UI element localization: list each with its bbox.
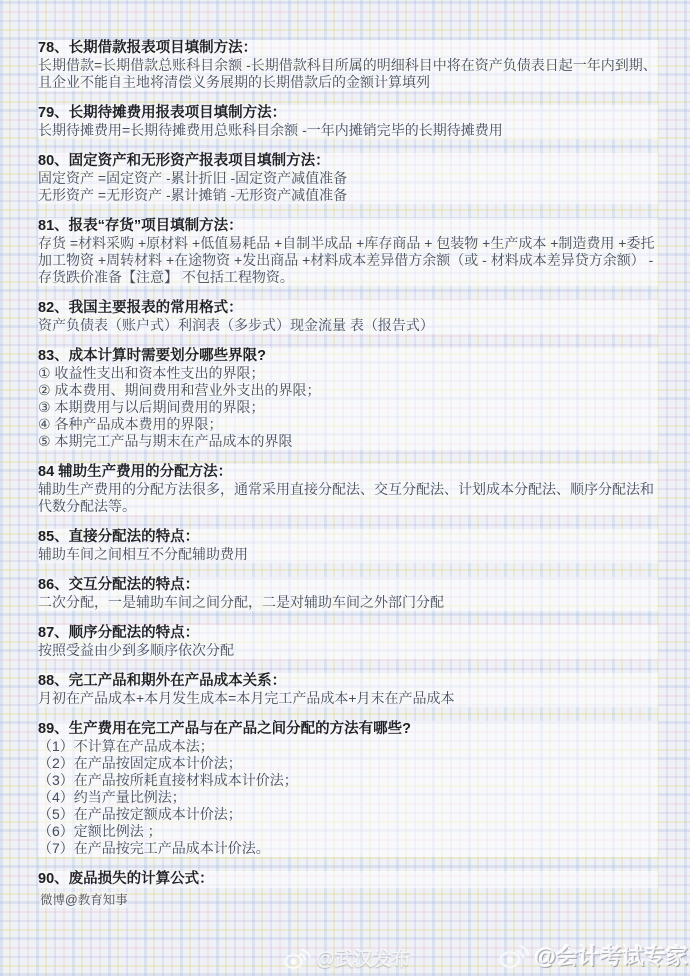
note-line: 固定资产 =固定资产 -累计折旧 -固定资产减值准备 — [38, 170, 658, 187]
watermark-left-label: @武汉发布 — [316, 944, 411, 971]
note-line: （6）定额比例法 ； — [38, 823, 658, 840]
note-section: 83、成本计算时需要划分哪些界限?① 收益性支出和资本性支出的界限；② 成本费用… — [38, 348, 658, 450]
note-line: 存货 =材料采购 +原材料 +低值易耗品 +自制半成品 +库存商品 + 包装物 … — [38, 235, 658, 286]
watermark-right: @会计考试专家 — [498, 940, 688, 971]
note-section: 80、固定资产和无形资产报表项目填制方法：固定资产 =固定资产 -累计折旧 -固… — [38, 153, 658, 204]
note-line: ③ 本期费用与以后期间费用的界限； — [38, 399, 658, 416]
note-line: （1）不计算在产品成本法； — [38, 738, 658, 755]
watermark-right-label: @会计考试专家 — [535, 940, 688, 971]
note-line: （7）在产品按完工产品成本计价法。 — [38, 840, 658, 857]
note-section: 79、长期待摊费用报表项目填制方法：长期待摊费用=长期待摊费用总账科目余额 -一… — [38, 105, 658, 139]
note-line: ④ 各种产品成本费用的界限； — [38, 416, 658, 433]
note-line: 长期借款=长期借款总账科目余额 -长期借款科目所属的明细科目中将在资产负债表日起… — [38, 57, 658, 91]
note-line: 辅助车间之间相互不分配辅助费用 — [38, 546, 658, 563]
note-section: 87、顺序分配法的特点：按照受益由少到多顺序依次分配 — [38, 625, 658, 659]
weibo-icon — [283, 946, 311, 970]
weibo-icon — [498, 942, 530, 969]
note-section: 90、废品损失的计算公式： — [38, 871, 658, 888]
note-heading: 89、生产费用在完工产品与在产品之间分配的方法有哪些? — [38, 721, 658, 738]
note-section: 84 辅助生产费用的分配方法：辅助生产费用的分配方法很多，通常采用直接分配法、交… — [38, 464, 658, 515]
note-heading: 90、废品损失的计算公式： — [38, 871, 658, 888]
study-notes-page: 78、长期借款报表项目填制方法：长期借款=长期借款总账科目余额 -长期借款科目所… — [0, 0, 690, 976]
note-line: （3）在产品按所耗直接材料成本计价法； — [38, 772, 658, 789]
note-heading: 80、固定资产和无形资产报表项目填制方法： — [38, 153, 658, 170]
note-section: 78、长期借款报表项目填制方法：长期借款=长期借款总账科目余额 -长期借款科目所… — [38, 40, 658, 91]
note-line: 按照受益由少到多顺序依次分配 — [38, 642, 658, 659]
note-line: （5）在产品按定额成本计价法； — [38, 806, 658, 823]
note-section: 81、报表“存货”项目填制方法：存货 =材料采购 +原材料 +低值易耗品 +自制… — [38, 218, 658, 286]
note-heading: 88、完工产品和期外在产品成本关系： — [38, 673, 658, 690]
note-heading: 85、直接分配法的特点： — [38, 529, 658, 546]
note-line: 资产负债表（账户式）利润表（多步式）现金流量 表（报告式） — [38, 317, 658, 334]
note-heading: 83、成本计算时需要划分哪些界限? — [38, 348, 658, 365]
note-line: 辅助生产费用的分配方法很多，通常采用直接分配法、交互分配法、计划成本分配法、顺序… — [38, 481, 658, 515]
note-section: 82、我国主要报表的常用格式：资产负债表（账户式）利润表（多步式）现金流量 表（… — [38, 300, 658, 334]
note-line: ① 收益性支出和资本性支出的界限； — [38, 365, 658, 382]
note-heading: 84 辅助生产费用的分配方法： — [38, 464, 658, 481]
footer-credit: 微博@教育知事 — [40, 892, 128, 908]
note-heading: 87、顺序分配法的特点： — [38, 625, 658, 642]
watermark-left: @武汉发布 — [283, 944, 411, 971]
note-line: （4）约当产量比例法； — [38, 789, 658, 806]
note-line: （2）在产品按固定成本计价法； — [38, 755, 658, 772]
note-line: ② 成本费用、期间费用和营业外支出的界限； — [38, 382, 658, 399]
note-line: 长期待摊费用=长期待摊费用总账科目余额 -一年内摊销完毕的长期待摊费用 — [38, 122, 658, 139]
note-line: 无形资产 =无形资产 -累计摊销 -无形资产减值准备 — [38, 187, 658, 204]
note-section: 86、交互分配法的特点：二次分配，一是辅助车间之间分配，二是对辅助车间之外部门分… — [38, 577, 658, 611]
note-line: ⑤ 本期完工产品与期末在产品成本的界限 — [38, 433, 658, 450]
note-section: 85、直接分配法的特点：辅助车间之间相互不分配辅助费用 — [38, 529, 658, 563]
note-heading: 81、报表“存货”项目填制方法： — [38, 218, 658, 235]
note-heading: 82、我国主要报表的常用格式： — [38, 300, 658, 317]
note-line: 月初在产品成本+本月发生成本=本月完工产品成本+月末在产品成本 — [38, 690, 658, 707]
note-heading: 86、交互分配法的特点： — [38, 577, 658, 594]
notes-list: 78、长期借款报表项目填制方法：长期借款=长期借款总账科目余额 -长期借款科目所… — [38, 40, 658, 902]
note-line: 二次分配，一是辅助车间之间分配，二是对辅助车间之外部门分配 — [38, 594, 658, 611]
note-heading: 79、长期待摊费用报表项目填制方法： — [38, 105, 658, 122]
note-section: 88、完工产品和期外在产品成本关系：月初在产品成本+本月发生成本=本月完工产品成… — [38, 673, 658, 707]
note-heading: 78、长期借款报表项目填制方法： — [38, 40, 658, 57]
note-section: 89、生产费用在完工产品与在产品之间分配的方法有哪些?（1）不计算在产品成本法；… — [38, 721, 658, 857]
